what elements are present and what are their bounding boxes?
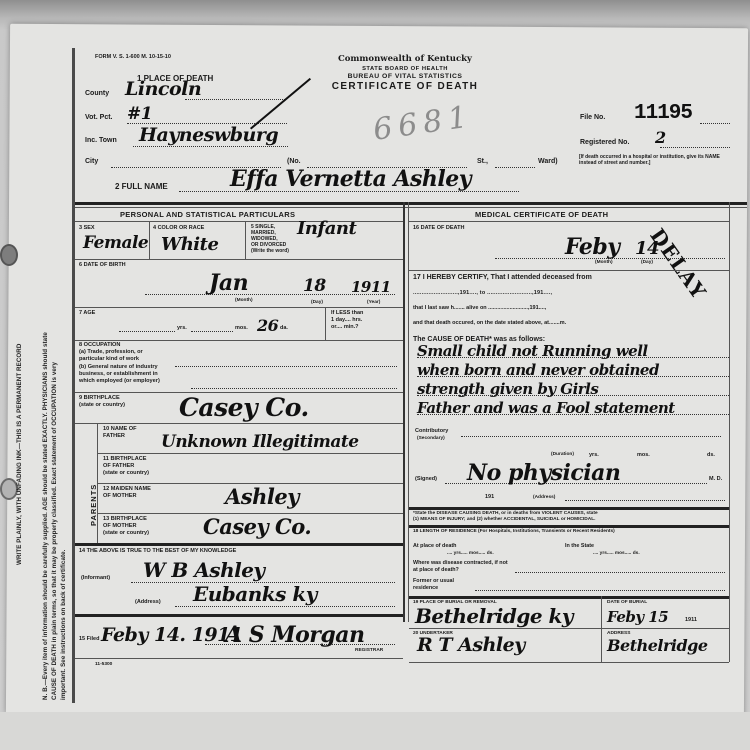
father-name-value[interactable]: Unknown Illegitimate: [161, 432, 359, 452]
form-bottom-rule: [75, 658, 403, 659]
where-contracted-dotted-line: [515, 572, 725, 573]
color-value[interactable]: White: [161, 234, 218, 255]
vot-pct-label: Vot. Pct.: [85, 114, 112, 121]
full-name-value[interactable]: Effa Vernetta Ashley: [230, 166, 471, 192]
burial-date-label: DATE OF BURIAL: [607, 600, 647, 605]
personal-section-title: PERSONAL AND STATISTICAL PARTICULARS: [120, 210, 295, 219]
sex-color-divider: [149, 221, 150, 259]
number-label: (No.: [287, 158, 301, 165]
in-state-units: .... yrs..... mos..... ds.: [593, 551, 640, 556]
inc-town-label: Inc. Town: [85, 137, 117, 144]
informant-rule: [75, 543, 403, 546]
cause-dotted-line-2: [417, 376, 729, 377]
punch-hole-top: [0, 244, 18, 266]
burial-date-value[interactable]: Feby 15: [607, 608, 668, 626]
age-yrs-label: yrs.: [177, 325, 187, 331]
signed-year-prefix: 191: [485, 494, 494, 500]
at-place-units: .... yrs..... mos..... ds.: [447, 551, 494, 556]
dob-year[interactable]: 1911: [351, 278, 391, 296]
side-note-instructions-2: CAUSE OF DEATH in plain terms, so that i…: [51, 362, 59, 700]
residence-heading: 18 LENGTH OF RESIDENCE (For Hospitals, I…: [413, 529, 723, 535]
duration-yrs: yrs.: [589, 452, 599, 458]
in-state-label: In the State: [565, 543, 605, 550]
death-month[interactable]: Feby: [565, 234, 620, 260]
mother-name-value[interactable]: Ashley: [225, 484, 299, 509]
delay-stamp: DELAY: [645, 224, 711, 304]
sex-value[interactable]: Female: [83, 233, 148, 253]
filed-label: 15 Filed: [79, 636, 99, 642]
form-code: FORM V. S. 1-600 M. 10-15-10: [95, 54, 171, 60]
dob-day-caption: (Day): [311, 300, 323, 305]
informant-value[interactable]: W B Ashley: [143, 558, 265, 582]
signed-value[interactable]: No physician: [467, 460, 620, 486]
medical-section-title: MEDICAL CERTIFICATE OF DEATH: [475, 210, 608, 219]
form-bottom-rule-right: [409, 662, 729, 663]
informant-label: (Informant): [81, 575, 110, 581]
row-rule-age: [75, 307, 403, 308]
parents-label: PARENTS: [89, 484, 98, 526]
footnote: *State the DISEASE CAUSING DEATH, or in …: [413, 511, 598, 523]
duration-ds: ds.: [707, 452, 715, 458]
certify-line-1: 17 I HEREBY CERTIFY, That I attended dec…: [413, 274, 592, 281]
section-divider-top: [75, 202, 747, 205]
center-column-divider-2: [408, 202, 409, 622]
row-rule-dob: [75, 259, 403, 260]
where-contracted-label: Where was disease contracted, if not at …: [413, 560, 513, 574]
dob-year-caption: (Year): [367, 300, 380, 305]
marital-label: 5 SINGLE, MARRIED, WIDOWED, OR DIVORCED …: [251, 224, 289, 254]
side-note-instructions-3: important. See instructions on back of c…: [60, 549, 68, 700]
row-rule-parents: [75, 423, 403, 424]
footnote-rule: [409, 507, 729, 510]
ward-label: Ward): [538, 158, 558, 165]
cause-dotted-line-3: [417, 395, 729, 396]
death-day-caption: (Day): [641, 260, 653, 265]
contributory-dotted-line: [461, 436, 721, 437]
certify-line-4: and that death occured, on the date stat…: [413, 320, 566, 326]
street-label: St.,: [477, 158, 488, 165]
burial-column-divider: [601, 596, 602, 662]
color-label: 4 COLOR OR RACE: [153, 225, 204, 231]
row-rule-certify: [409, 270, 729, 271]
occupation-label: 8 OCCUPATION (a) Trade, profession, or p…: [79, 342, 160, 385]
bureau-title: BUREAU OF VITAL STATISTICS: [305, 73, 505, 80]
pen-stroke: [250, 78, 311, 130]
city-label: City: [85, 158, 98, 165]
certify-line-2: ..........................,191...., to .…: [413, 290, 552, 296]
mother-birthplace-label: 13 BIRTHPLACE OF MOTHER (state or countr…: [103, 516, 149, 537]
signed-address-dotted-line: [565, 500, 725, 501]
cause-dotted-line-4: [417, 414, 729, 415]
informant-statement: 14 THE ABOVE IS TRUE TO THE BEST OF MY K…: [79, 548, 236, 554]
age-label: 7 AGE: [79, 310, 95, 316]
secondary-caption: (Secondary): [417, 436, 445, 441]
father-name-label: 10 NAME OF FATHER: [103, 426, 137, 440]
dob-label: 6 DATE OF BIRTH: [79, 262, 126, 268]
file-no-label: File No.: [580, 114, 605, 121]
row-rule-father-birthplace: [97, 453, 403, 454]
file-no-value: 11195: [634, 102, 692, 125]
registrar-label: REGISTRAR: [355, 648, 383, 653]
duration-mos: mos.: [637, 452, 650, 458]
board-of-health: STATE BOARD OF HEALTH: [305, 66, 505, 72]
registered-no-value[interactable]: 2: [655, 128, 666, 147]
residence-rule: [409, 525, 729, 528]
medical-title-rule: [409, 221, 729, 222]
burial-rule: [409, 596, 729, 599]
file-no-dotted-line: [700, 123, 730, 124]
death-month-caption: (Month): [595, 260, 613, 265]
occupation-a-dotted-line: [175, 366, 397, 367]
row-rule-occupation: [75, 340, 403, 341]
certify-line-3: that I last saw h....... alive on ......…: [413, 305, 546, 311]
footer-code: 11-5300: [95, 662, 112, 667]
former-residence-dotted-line: [475, 590, 725, 591]
undertaker-address-value[interactable]: Bethelridge: [607, 636, 708, 655]
age-yrs-dotted-line: [119, 331, 175, 332]
md-label: M. D.: [709, 476, 722, 482]
sex-label: 3 SEX: [79, 225, 95, 231]
burial-place-value[interactable]: Bethelridge ky: [415, 604, 573, 628]
pencil-number: 6681: [371, 99, 475, 148]
registered-no-label: Registered No.: [580, 139, 629, 146]
age-days-label: da.: [280, 325, 288, 331]
section-divider-top-2: [75, 207, 747, 208]
cause-dotted-line-1: [417, 357, 729, 358]
side-note-permanent-record: WRITE PLAINLY, WITH UNFADING INK—THIS IS…: [16, 344, 24, 565]
age-less-divider: [325, 307, 326, 340]
color-marital-divider: [245, 221, 246, 259]
form-right-border: [729, 202, 730, 662]
informant-address-label: (Address): [135, 599, 161, 605]
at-place-label: At place of death: [413, 543, 463, 550]
contributory-label: Contributory: [415, 428, 448, 434]
mother-name-label: 12 MAIDEN NAME OF MOTHER: [103, 486, 151, 500]
less-than-day-label: If LESS than 1 day.... hrs. or.... min.?: [331, 310, 363, 331]
father-birthplace-label: 11 BIRTHPLACE OF FATHER (state or countr…: [103, 456, 149, 477]
certificate-title: CERTIFICATE OF DEATH: [305, 81, 505, 92]
informant-address-dotted-line: [175, 606, 395, 607]
registered-no-dotted-line: [660, 147, 730, 148]
former-residence-label: Former or usual residence: [413, 578, 473, 592]
scanner-bed-edge: [0, 712, 750, 750]
ward-dotted-line: [495, 167, 535, 168]
duration-caption: (Duration): [551, 452, 574, 457]
side-note-instructions-1: N. B.—Every item of information should b…: [42, 332, 50, 700]
death-certificate-form: FORM V. S. 1-600 M. 10-15-10 Commonwealt…: [72, 48, 744, 703]
inc-town-value[interactable]: Hayneswburg: [139, 124, 278, 146]
undertaker-rule: [409, 628, 729, 629]
age-days-value[interactable]: 26: [257, 316, 278, 335]
undertaker-value[interactable]: R T Ashley: [417, 634, 525, 656]
dob-day[interactable]: 18: [303, 276, 326, 296]
mother-birthplace-value[interactable]: Casey Co.: [203, 514, 311, 539]
commonwealth-title: Commonwealth of Kentucky: [305, 54, 505, 64]
age-mos-dotted-line: [191, 331, 233, 332]
county-label: County: [85, 90, 109, 97]
burial-date-year: 1911: [685, 617, 697, 623]
inc-town-dotted-line: [133, 146, 288, 147]
filed-date-value[interactable]: Feby 14. 1911: [101, 624, 243, 646]
date-of-death-label: 16 DATE OF DEATH: [413, 225, 464, 231]
dob-month[interactable]: Jan: [209, 270, 248, 296]
birthplace-label: 9 BIRTHPLACE (state or country): [79, 395, 125, 409]
hospital-note: [If death occurred in a hospital or inst…: [579, 154, 729, 166]
full-name-label: 2 FULL NAME: [115, 182, 168, 191]
center-column-divider: [403, 202, 405, 622]
informant-address-value[interactable]: Eubanks ky: [193, 582, 317, 606]
vot-pct-value[interactable]: #1: [127, 104, 152, 124]
dob-month-caption: (Month): [235, 298, 253, 303]
county-value[interactable]: Lincoln: [125, 78, 201, 100]
registrar-signature[interactable]: A S Morgan: [225, 622, 365, 648]
signed-address-caption: (Address): [533, 495, 555, 500]
birthplace-value[interactable]: Casey Co.: [179, 393, 309, 422]
filed-rule: [75, 614, 403, 617]
age-mos-label: mos.: [235, 325, 248, 331]
certificate-header: Commonwealth of Kentucky STATE BOARD OF …: [305, 54, 505, 92]
marital-value[interactable]: Infant: [297, 218, 356, 239]
signed-label: (Signed): [415, 476, 437, 482]
occupation-b-dotted-line: [191, 388, 397, 389]
